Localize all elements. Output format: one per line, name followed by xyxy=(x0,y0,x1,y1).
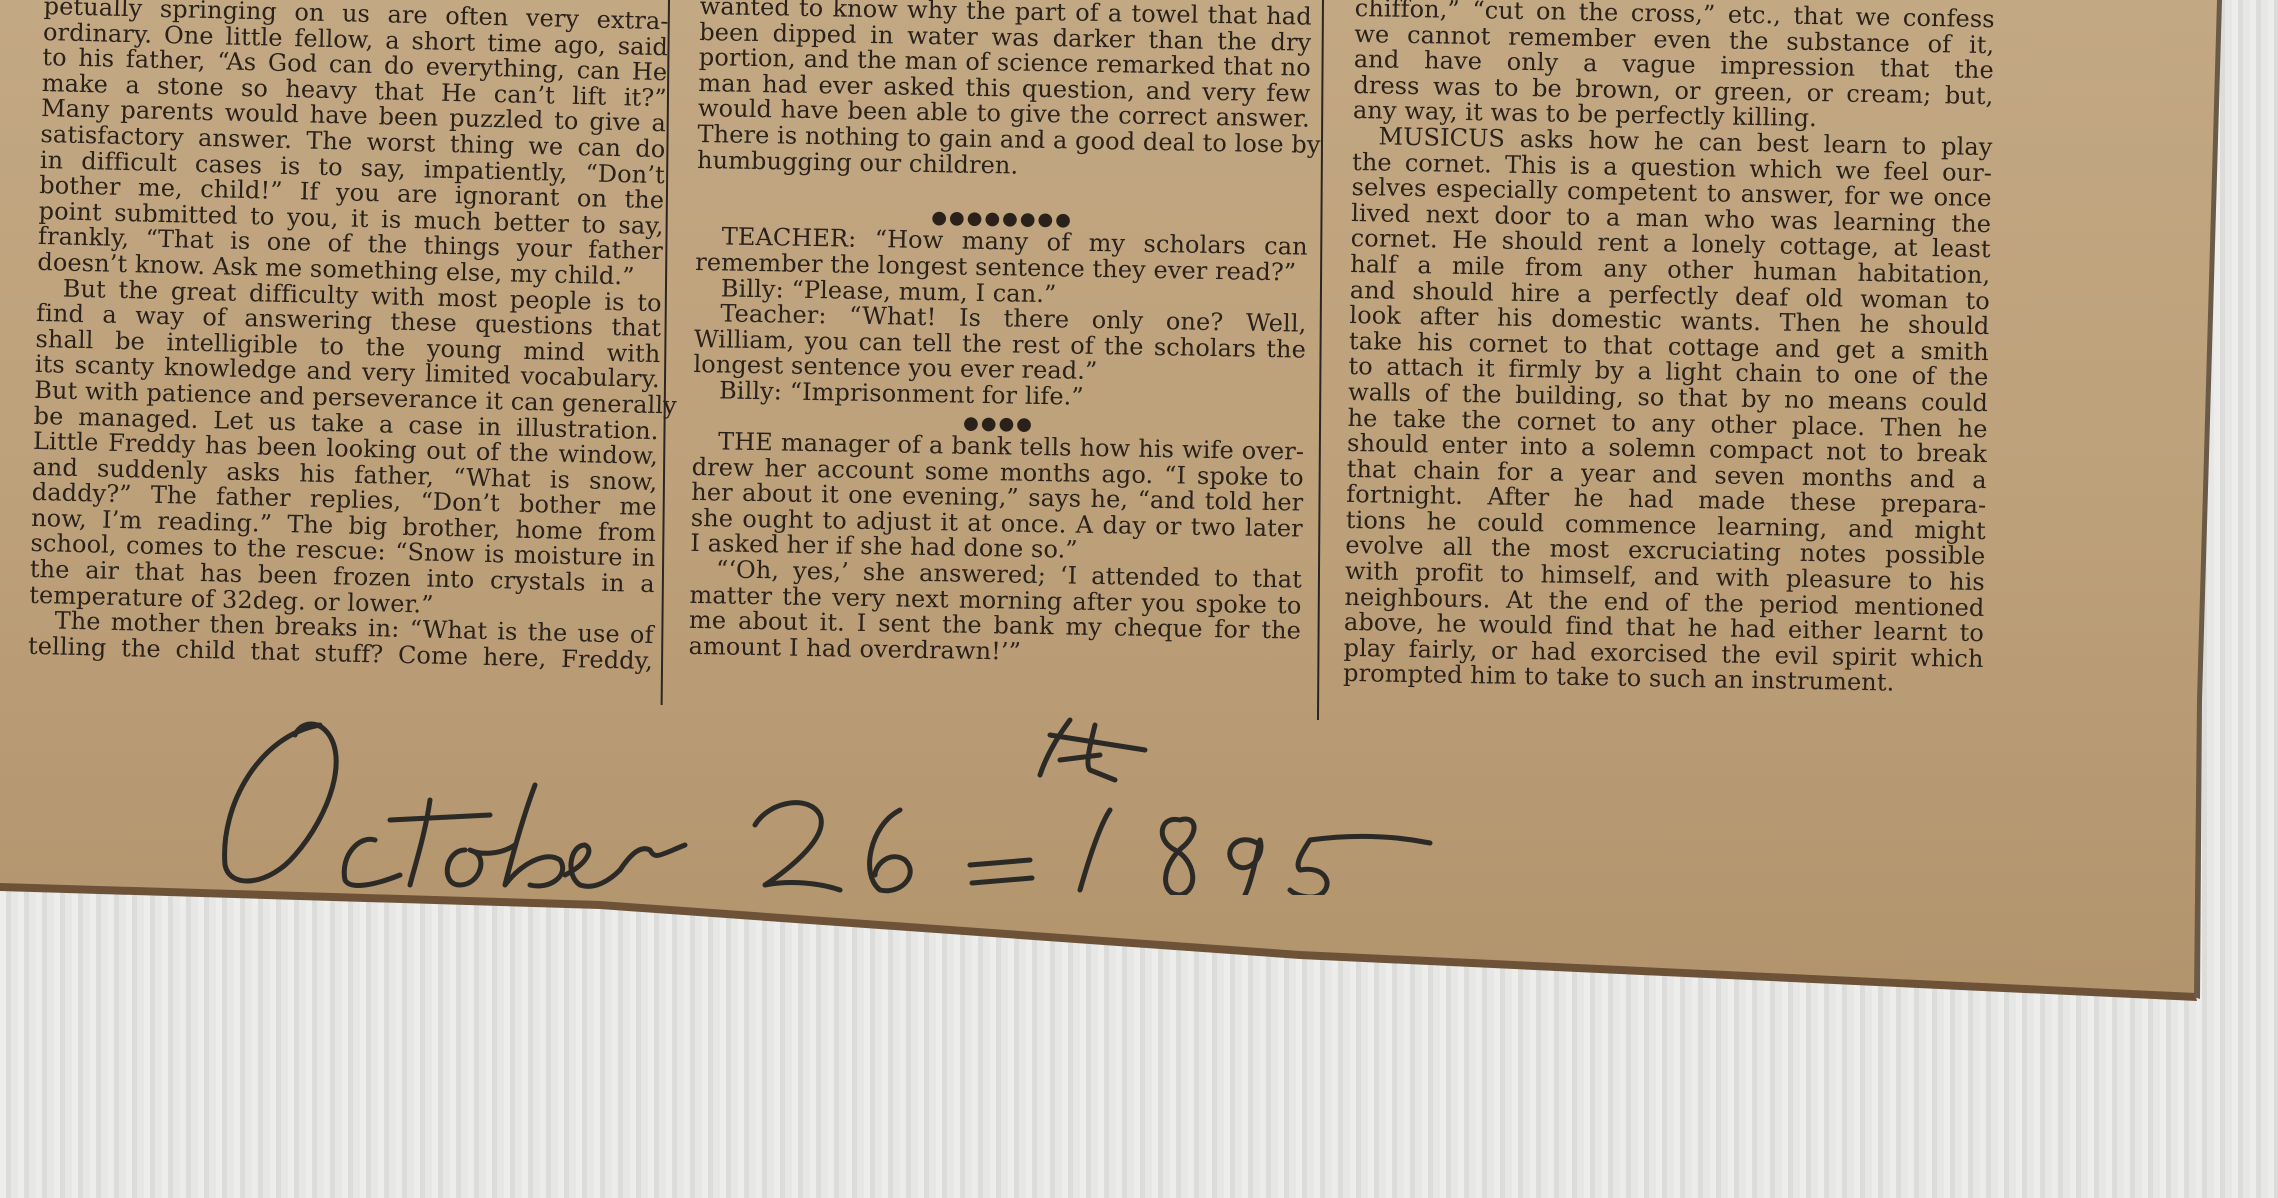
text-column-3: chiffon,” “cut on the cross,” etc., that… xyxy=(1343,0,1995,698)
handwritten-date: October 26th = 1895 xyxy=(200,715,1800,895)
text-column-2: wanted to know why the part of a towel t… xyxy=(688,0,1312,670)
handwritten-date-strokes xyxy=(200,715,1800,895)
text-column-1: petually springing on us are often very … xyxy=(28,0,669,675)
